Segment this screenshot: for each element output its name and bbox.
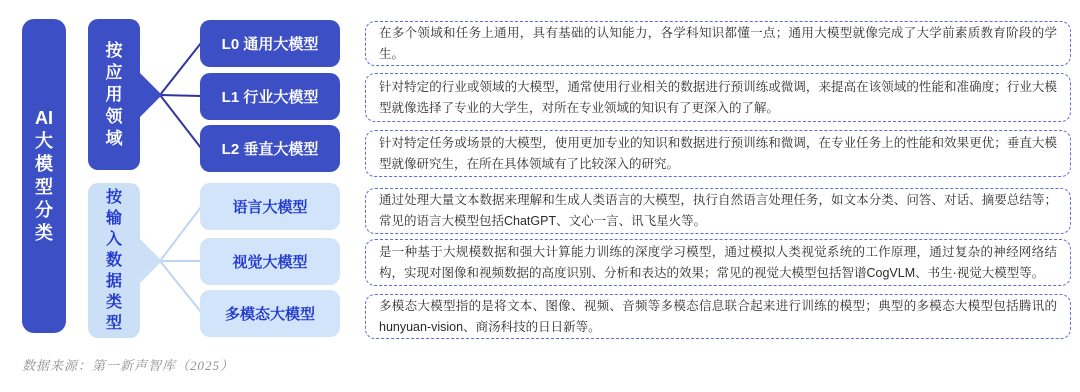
data-source-note: 数据来源：第一新声智库（2025） [22,355,234,374]
node-multimodal-model: 多模态大模型 [200,290,340,337]
group-label-char: 领 [106,106,123,128]
input-data-type-pointer-triangle [140,239,162,283]
connector-to-l2 [160,95,201,148]
group-label-char: 据 [106,271,122,292]
group-label-char: 应 [106,62,123,84]
connector-to-language [160,207,201,261]
node-l2-vertical-model: L2 垂直大模型 [200,125,340,172]
root-node-ai-model-classification: AI 大 模 型 分 类 [22,19,66,333]
group-by-input-data-type: 按 输 入 数 据 类 型 [88,183,140,338]
root-char: 大 [35,130,53,153]
group-label-char: 用 [106,84,123,106]
group-label-char: 入 [106,229,122,250]
node-l0-general-model: L0 通用大模型 [200,20,340,67]
root-char: 分 [35,199,53,222]
group-label-char: 类 [106,292,122,313]
root-char: 型 [35,176,53,199]
application-domain-pointer-triangle [140,73,162,117]
node-language-model: 语言大模型 [200,183,340,230]
node-l1-industry-model: L1 行业大模型 [200,73,340,120]
group-label-char: 型 [106,313,122,334]
input-data-type-connectors [160,207,201,312]
group-label-char: 按 [106,40,123,62]
connector-to-multimodal [160,261,201,312]
description-language-model: 通过处理大量文本数据来理解和生成人类语言的大模型，执行自然语言处理任务，如文本分… [365,188,1071,234]
connector-to-l0 [160,43,201,95]
description-vision-model: 是一种基于大规模数据和强大计算能力训练的深度学习模型，通过模拟人类视觉系统的工作… [365,239,1071,286]
node-vision-model: 视觉大模型 [200,238,340,285]
group-label-char: 按 [106,187,122,208]
group-by-application-domain: 按 应 用 领 域 [88,19,140,170]
description-l0-general-model: 在多个领域和任务上通用，具有基础的认知能力，各学科知识都懂一点；通用大模型就像完… [365,21,1071,66]
connector-to-l1 [160,95,201,96]
group-label-char: 数 [106,250,122,271]
root-char: 模 [35,153,53,176]
application-domain-connectors [160,43,201,148]
group-label-char: 域 [106,128,123,150]
group-label-char: 输 [106,208,122,229]
description-l2-vertical-model: 针对特定任务或场景的大模型，使用更加专业的知识和数据进行预训练和微调，在专业任务… [365,130,1071,177]
description-l1-industry-model: 针对特定的行业或领域的大模型，通常使用行业相关的数据进行预训练或微调，来提高在该… [365,73,1071,122]
root-char: AI [35,107,53,130]
root-char: 类 [35,222,53,245]
description-multimodal-model: 多模态大模型指的是将文本、图像、视频、音频等多模态信息联合起来进行训练的模型；典… [365,294,1071,339]
ai-model-classification-diagram: AI 大 模 型 分 类 按 应 用 领 域 按 输 入 数 据 类 型 L0 … [0,0,1080,392]
